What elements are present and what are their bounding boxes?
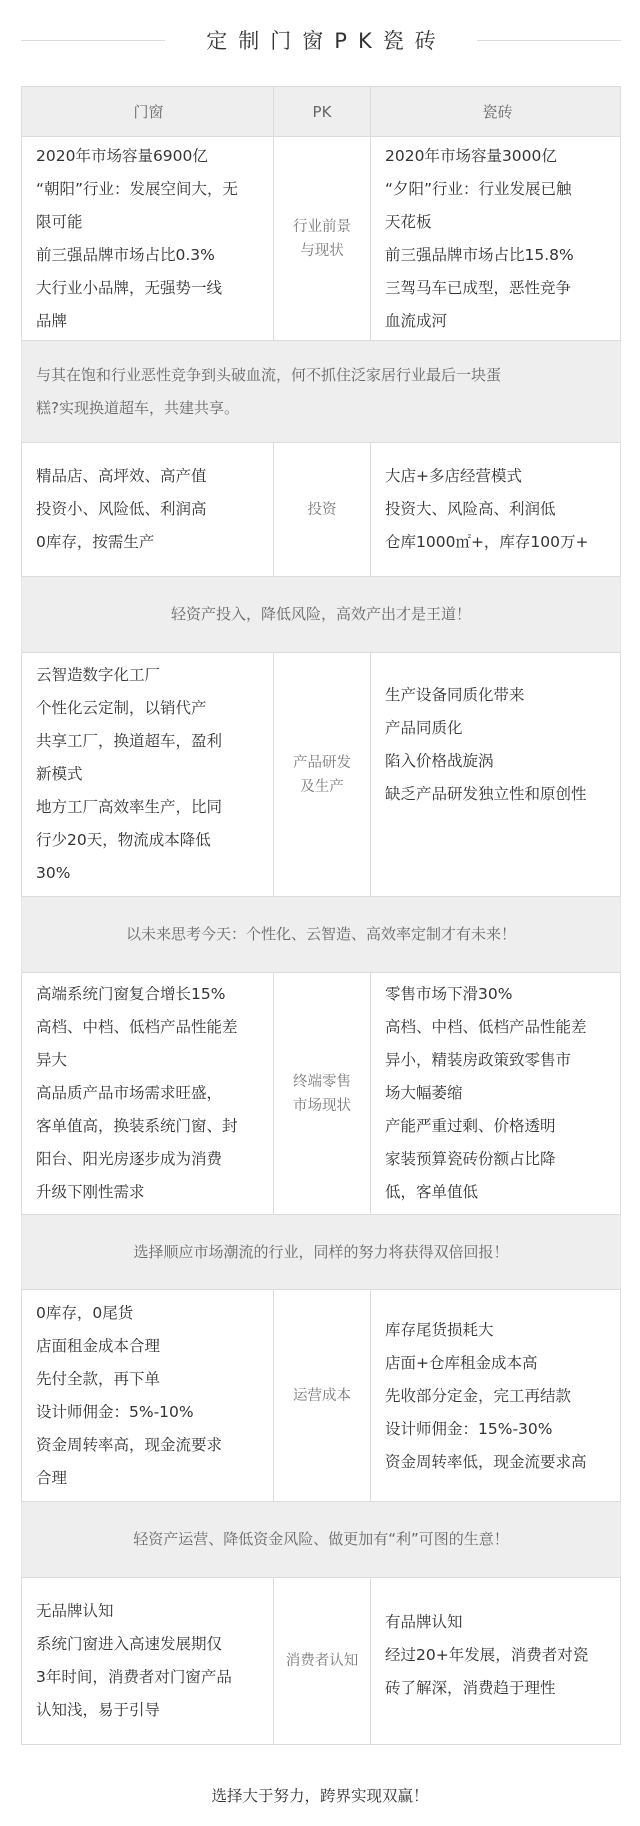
doors-line: 3年时间，消费者对门窗产品 [36, 1661, 232, 1694]
category-label: 市场现状 [293, 1094, 351, 1118]
tiles-line: 陷入价格战旋涡 [385, 745, 587, 778]
category-label: 产品研发 [293, 751, 351, 775]
category-cell: 投资 [274, 443, 371, 576]
tiles-line: 资金周转率低，现金流要求高 [385, 1446, 587, 1479]
doors-line: 资金周转率高，现金流要求 [36, 1429, 222, 1462]
tiles-cell: 生产设备同质化带来 产品同质化 陷入价格战旋涡 缺乏产品研发独立性和原创性 [371, 653, 620, 896]
category-cell: 产品研发 及生产 [274, 653, 371, 896]
tiles-line: 设计师佣金：15%-30% [385, 1413, 587, 1446]
tiles-line: 三驾马车已成型，恶性竞争 [385, 272, 574, 305]
tiles-line: 经过20+年发展，消费者对瓷 [385, 1639, 588, 1672]
tiles-line: 前三强品牌市场占比15.8% [385, 239, 574, 272]
doors-line: 客单值高，换装系统门窗、封 [36, 1110, 238, 1143]
doors-line: 系统门窗进入高速发展期仅 [36, 1628, 232, 1661]
tiles-line: 砖了解深，消费趋于理性 [385, 1672, 588, 1705]
doors-line: 无品牌认知 [36, 1595, 232, 1628]
banner-line: 糕?实现换道超车，共建共享。 [36, 392, 501, 425]
category-cell: 行业前景 与现状 [274, 137, 371, 340]
tiles-line: 先收部分定金，完工再结款 [385, 1380, 587, 1413]
table-row-rnd-production: 云智造数字化工厂 个性化云定制，以销代产 共享工厂，换道超车，盈利 新模式 地方… [21, 653, 621, 897]
tiles-cell: 有品牌认知 经过20+年发展，消费者对瓷 砖了解深，消费趋于理性 [371, 1578, 620, 1744]
category-label: 与现状 [293, 239, 351, 263]
tiles-line: 生产设备同质化带来 [385, 679, 587, 712]
doors-line: 2020年市场容量6900亿 [36, 140, 238, 173]
table-row-consumer-awareness: 无品牌认知 系统门窗进入高速发展期仅 3年时间，消费者对门窗产品 认知浅，易于引… [21, 1578, 621, 1745]
tiles-line: 投资大、风险高、利润低 [385, 493, 589, 526]
tiles-line: 高档、中档、低档产品性能差 [385, 1011, 587, 1044]
doors-line: 个性化云定制，以销代产 [36, 692, 222, 725]
tiles-line: 产能严重过剩、价格透明 [385, 1110, 587, 1143]
table-row-operating-cost: 0库存，0尾货 店面租金成本合理 先付全款，再下单 设计师佣金：5%-10% 资… [21, 1290, 621, 1502]
banner-line: 以未来思考今天：个性化、云智造、高效率定制才有未来！ [126, 918, 516, 951]
tiles-line: 2020年市场容量3000亿 [385, 140, 574, 173]
title-divider-left [21, 40, 165, 41]
category-label: 终端零售 [293, 1070, 351, 1094]
title-divider-right [477, 40, 621, 41]
summary-banner: 轻资产运营、降低资金风险、做更加有“利”可图的生意！ [21, 1502, 621, 1578]
doors-line: 精品店、高坪效、高产值 [36, 460, 207, 493]
tiles-line: 场大幅萎缩 [385, 1077, 587, 1110]
tiles-line: 产品同质化 [385, 712, 587, 745]
comparison-table: 门窗 PK 瓷砖 2020年市场容量6900亿 “朝阳”行业：发展空间大，无 限… [21, 86, 621, 1745]
category-label: 投资 [308, 498, 337, 522]
tiles-line: 大店+多店经营模式 [385, 460, 589, 493]
doors-line: 品牌 [36, 305, 238, 338]
doors-line: “朝阳”行业：发展空间大，无 [36, 173, 238, 206]
doors-line: 30% [36, 857, 222, 890]
tiles-cell: 2020年市场容量3000亿 “夕阳”行业：行业发展已触 天花板 前三强品牌市场… [371, 137, 620, 340]
category-cell: 终端零售 市场现状 [274, 973, 371, 1214]
banner-line: 轻资产投入，降低风险，高效产出才是王道！ [171, 598, 471, 631]
table-header-row: 门窗 PK 瓷砖 [21, 86, 621, 137]
doors-line: 大行业小品牌，无强势一线 [36, 272, 238, 305]
summary-banner: 以未来思考今天：个性化、云智造、高效率定制才有未来！ [21, 897, 621, 973]
banner-line: 轻资产运营、降低资金风险、做更加有“利”可图的生意！ [133, 1523, 509, 1556]
footer-slogan: 选择大于努力，跨界实现双赢！ [0, 1784, 640, 1806]
doors-cell: 云智造数字化工厂 个性化云定制，以销代产 共享工厂，换道超车，盈利 新模式 地方… [22, 653, 274, 896]
doors-line: 高品质产品市场需求旺盛， [36, 1077, 238, 1110]
doors-cell: 无品牌认知 系统门窗进入高速发展期仅 3年时间，消费者对门窗产品 认知浅，易于引… [22, 1578, 274, 1744]
table-row-retail-market: 高端系统门窗复合增长15% 高档、中档、低档产品性能差 异大 高品质产品市场需求… [21, 973, 621, 1215]
doors-line: 高端系统门窗复合增长15% [36, 978, 238, 1011]
doors-line: 共享工厂，换道超车，盈利 [36, 725, 222, 758]
summary-banner: 与其在饱和行业恶性竞争到头破血流，何不抓住泛家居行业最后一块蛋 糕?实现换道超车… [21, 341, 621, 443]
tiles-line: 店面+仓库租金成本高 [385, 1347, 587, 1380]
category-label: 及生产 [293, 775, 351, 799]
doors-line: 认知浅，易于引导 [36, 1694, 232, 1727]
tiles-line: 库存尾货损耗大 [385, 1314, 587, 1347]
doors-cell: 2020年市场容量6900亿 “朝阳”行业：发展空间大，无 限可能 前三强品牌市… [22, 137, 274, 340]
summary-banner: 轻资产投入，降低风险，高效产出才是王道！ [21, 577, 621, 653]
tiles-line: 仓库1000㎡+，库存100万+ [385, 526, 589, 559]
table-row-industry-outlook: 2020年市场容量6900亿 “朝阳”行业：发展空间大，无 限可能 前三强品牌市… [21, 137, 621, 341]
tiles-cell: 大店+多店经营模式 投资大、风险高、利润低 仓库1000㎡+，库存100万+ [371, 443, 620, 576]
doors-cell: 精品店、高坪效、高产值 投资小、风险低、利润高 0库存，按需生产 [22, 443, 274, 576]
tiles-line: 有品牌认知 [385, 1606, 588, 1639]
doors-line: 地方工厂高效率生产，比同 [36, 791, 222, 824]
doors-line: 0库存，按需生产 [36, 526, 207, 559]
doors-line: 设计师佣金：5%-10% [36, 1396, 222, 1429]
tiles-line: 低，客单值低 [385, 1176, 587, 1209]
tiles-line: 家装预算瓷砖份额占比降 [385, 1143, 587, 1176]
page-title: 定制门窗PK瓷砖 [195, 25, 446, 55]
tiles-line: 天花板 [385, 206, 574, 239]
category-label: 运营成本 [293, 1384, 351, 1408]
doors-line: 合理 [36, 1462, 222, 1495]
doors-line: 升级下刚性需求 [36, 1176, 238, 1209]
doors-line: 高档、中档、低档产品性能差 [36, 1011, 238, 1044]
tiles-line: 零售市场下滑30% [385, 978, 587, 1011]
category-cell: 消费者认知 [274, 1578, 371, 1744]
tiles-line: 血流成河 [385, 305, 574, 338]
doors-line: 限可能 [36, 206, 238, 239]
doors-line: 云智造数字化工厂 [36, 659, 222, 692]
summary-banner: 选择顺应市场潮流的行业，同样的努力将获得双倍回报！ [21, 1215, 621, 1290]
banner-line: 选择顺应市场潮流的行业，同样的努力将获得双倍回报！ [133, 1236, 508, 1269]
doors-cell: 高端系统门窗复合增长15% 高档、中档、低档产品性能差 异大 高品质产品市场需求… [22, 973, 274, 1214]
doors-line: 行少20天，物流成本降低 [36, 824, 222, 857]
header-pk: PK [274, 87, 371, 136]
table-row-investment: 精品店、高坪效、高产值 投资小、风险低、利润高 0库存，按需生产 投资 大店+多… [21, 443, 621, 577]
doors-line: 阳台、阳光房逐步成为消费 [36, 1143, 238, 1176]
doors-line: 店面租金成本合理 [36, 1330, 222, 1363]
doors-line: 先付全款，再下单 [36, 1363, 222, 1396]
doors-line: 新模式 [36, 758, 222, 791]
header-tiles: 瓷砖 [371, 87, 620, 136]
category-label: 消费者认知 [286, 1649, 359, 1673]
banner-line: 与其在饱和行业恶性竞争到头破血流，何不抓住泛家居行业最后一块蛋 [36, 359, 501, 392]
doors-line: 异大 [36, 1044, 238, 1077]
tiles-line: 异小，精装房政策致零售市 [385, 1044, 587, 1077]
tiles-cell: 库存尾货损耗大 店面+仓库租金成本高 先收部分定金，完工再结款 设计师佣金：15… [371, 1290, 620, 1501]
doors-line: 投资小、风险低、利润高 [36, 493, 207, 526]
doors-cell: 0库存，0尾货 店面租金成本合理 先付全款，再下单 设计师佣金：5%-10% 资… [22, 1290, 274, 1501]
header-doors-windows: 门窗 [22, 87, 274, 136]
tiles-line: 缺乏产品研发独立性和原创性 [385, 778, 587, 811]
doors-line: 0库存，0尾货 [36, 1297, 222, 1330]
tiles-cell: 零售市场下滑30% 高档、中档、低档产品性能差 异小，精装房政策致零售市 场大幅… [371, 973, 620, 1214]
tiles-line: “夕阳”行业：行业发展已触 [385, 173, 574, 206]
category-cell: 运营成本 [274, 1290, 371, 1501]
page-title-bar: 定制门窗PK瓷砖 [21, 18, 621, 62]
doors-line: 前三强品牌市场占比0.3% [36, 239, 238, 272]
category-label: 行业前景 [293, 215, 351, 239]
